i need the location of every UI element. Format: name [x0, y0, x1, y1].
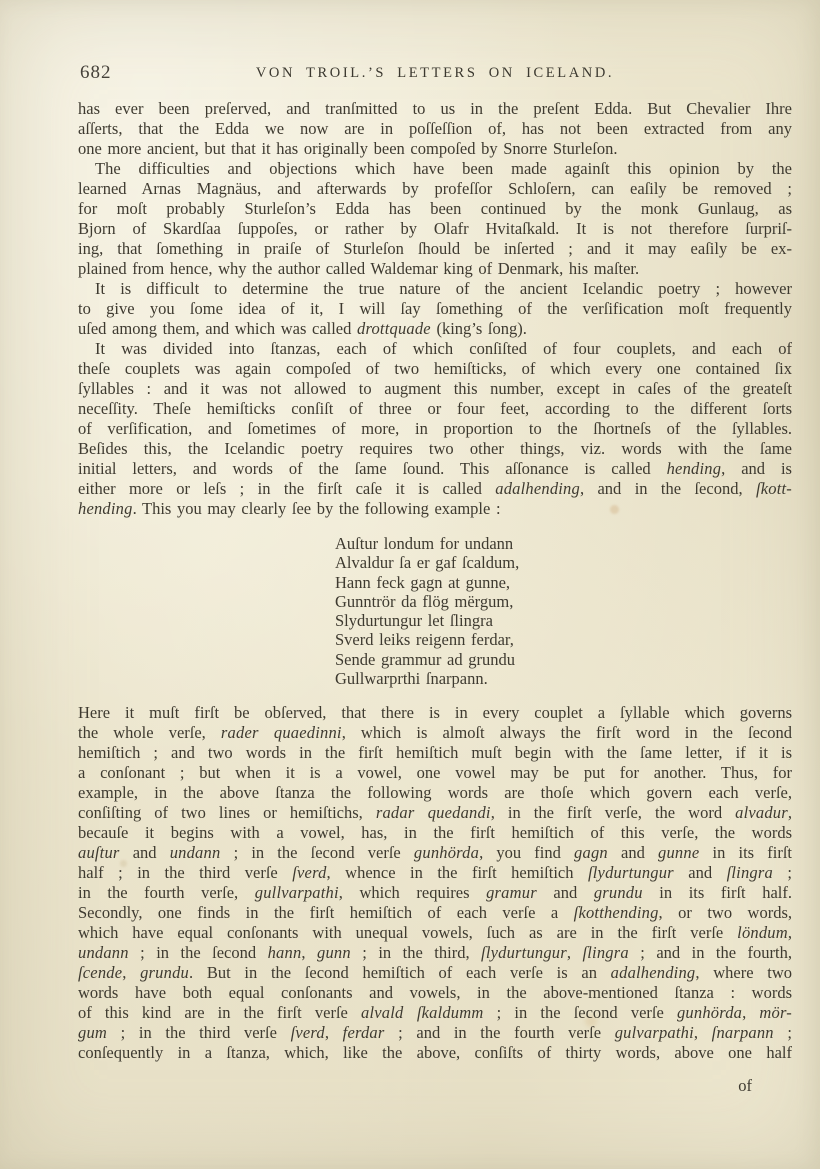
- text-line: ing, that ſomething in praiſe of Sturleſ…: [78, 239, 792, 259]
- text-line: It was divided into ſtanzas, each of whi…: [78, 339, 792, 359]
- text-line: a conſonant ; but when it is a vowel, on…: [78, 763, 792, 783]
- page-header: 682 VON TROIL.’S LETTERS ON ICELAND.: [78, 62, 792, 86]
- text-line: words have both equal conſonants and vow…: [78, 983, 792, 1003]
- text-line: Bjorn of Skardſaa ſuppoſes, or rather by…: [78, 219, 792, 239]
- text-line: either more or leſs ; in the firſt caſe …: [78, 479, 792, 499]
- running-title: VON TROIL.’S LETTERS ON ICELAND.: [78, 62, 792, 82]
- text-line: for moſt probably Sturleſon’s Edda has b…: [78, 199, 792, 219]
- catchword: of: [78, 1076, 792, 1096]
- text-line: becauſe it begins with a vowel, has, in …: [78, 823, 792, 843]
- text-line: It is difficult to determine the true na…: [78, 279, 792, 299]
- text-line: neceſſity. Theſe hemiſticks conſiſt of t…: [78, 399, 792, 419]
- text-line: the whole verſe, rader quaedinni, which …: [78, 723, 792, 743]
- text-line: undann ; in the ſecond hann, gunn ; in t…: [78, 943, 792, 963]
- text-line: conſiſting of two lines or hemiſtichs, r…: [78, 803, 792, 823]
- text-line: which have equal conſonants with unequal…: [78, 923, 792, 943]
- text-line: has ever been preſerved, and tranſmitted…: [78, 99, 792, 119]
- paragraph: It was divided into ſtanzas, each of whi…: [78, 339, 792, 519]
- text-line: Beſides this, the Icelandic poetry requi…: [78, 439, 792, 459]
- paragraph: The difficulties and objections which ha…: [78, 159, 792, 279]
- page-body: has ever been preſerved, and tranſmitted…: [78, 99, 792, 1063]
- text-line: auſtur and undann ; in the ſecond verſe …: [78, 843, 792, 863]
- text-line: aſſerts, that the Edda we now are in poſ…: [78, 119, 792, 139]
- text-line: conſequently in a ſtanza, which, like th…: [78, 1043, 792, 1063]
- text-line: gum ; in the third verſe ſverd, ferdar ;…: [78, 1023, 792, 1043]
- text-line: hemiſtich ; and two words in the firſt h…: [78, 743, 792, 763]
- text-line: Gullwarprthi ſnarpann.: [335, 669, 792, 688]
- paragraph: It is difficult to determine the true na…: [78, 279, 792, 339]
- text-line: Slydurtungur let ſlingra: [335, 611, 792, 630]
- text-line: one more ancient, but that it has origin…: [78, 139, 792, 159]
- text-line: Hann feck gagn at gunne,: [335, 573, 792, 592]
- text-line: uſed among them, and which was called dr…: [78, 319, 792, 339]
- text-line: Secondly, one finds in the firſt hemiſti…: [78, 903, 792, 923]
- text-line: theſe couplets was again compoſed of two…: [78, 359, 792, 379]
- text-line: plained from hence, why the author calle…: [78, 259, 792, 279]
- text-line: of verſification, and ſometimes of more,…: [78, 419, 792, 439]
- text-line: Sverd leiks reigenn ferdar,: [335, 630, 792, 649]
- paragraph: has ever been preſerved, and tranſmitted…: [78, 99, 792, 159]
- text-line: Alvaldur ſa er gaf ſcaldum,: [335, 553, 792, 572]
- text-line: ſyllables : and it was not allowed to au…: [78, 379, 792, 399]
- text-line: in the fourth verſe, gullvarpathi, which…: [78, 883, 792, 903]
- text-line: ſcende, grundu. But in the ſecond hemiſt…: [78, 963, 792, 983]
- text-line: Here it muſt firſt be obſerved, that the…: [78, 703, 792, 723]
- text-line: example, in the above ſtanza the followi…: [78, 783, 792, 803]
- text-line: The difficulties and objections which ha…: [78, 159, 792, 179]
- paragraph: Here it muſt firſt be obſerved, that the…: [78, 703, 792, 1063]
- page-content: 682 VON TROIL.’S LETTERS ON ICELAND. has…: [78, 62, 792, 1096]
- text-line: Auſtur londum for undann: [335, 534, 792, 553]
- text-line: Sende grammur ad grundu: [335, 650, 792, 669]
- text-line: initial letters, and words of the ſame ſ…: [78, 459, 792, 479]
- verse-block: Auſtur londum for undannAlvaldur ſa er g…: [335, 534, 792, 688]
- text-line: to give you ſome idea of it, I will ſay …: [78, 299, 792, 319]
- text-line: half ; in the third verſe ſverd, whence …: [78, 863, 792, 883]
- page-number: 682: [80, 62, 112, 84]
- text-line: hending. This you may clearly ſee by the…: [78, 499, 792, 519]
- book-page: 682 VON TROIL.’S LETTERS ON ICELAND. has…: [0, 0, 820, 1169]
- text-line: learned Arnas Magnäus, and afterwards by…: [78, 179, 792, 199]
- text-line: of this kind are in the firſt verſe alva…: [78, 1003, 792, 1023]
- text-line: Gunntrör da flög mërgum,: [335, 592, 792, 611]
